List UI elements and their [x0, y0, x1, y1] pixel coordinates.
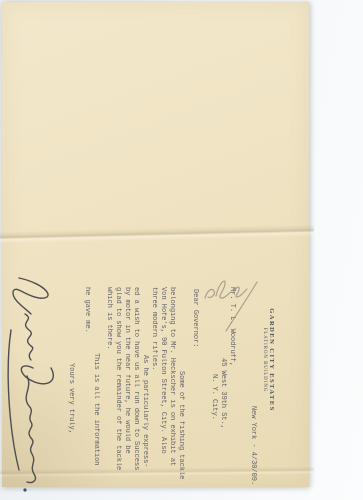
complimentary-closing: Yours very truly,: [66, 232, 75, 488]
body-line: This is all the information: [91, 287, 100, 486]
body-line: which is there.: [104, 287, 113, 486]
addressee-name: Mr. T. L. Woodruff,: [227, 287, 236, 488]
letter-content: GARDEN CITY ESTATES FLATIRON BUILDING Ne…: [2, 232, 309, 488]
body-line: belonging to Mr. Heckscher is on exhibit…: [167, 287, 176, 486]
date-line: New York - 4/30/09.: [248, 232, 257, 488]
body-line: ed a wish to have us all run down to Suc…: [131, 287, 140, 486]
letterhead: GARDEN CITY ESTATES FLATIRON BUILDING: [262, 232, 309, 488]
body-line: three modern rifles.: [149, 287, 158, 486]
inside-address: Mr. T. L. Woodruff, 45 West 39th St., N.…: [209, 232, 236, 488]
addressee-city: N. Y. City.: [209, 287, 218, 488]
handwritten-signature: [3, 270, 65, 500]
addressee-street: 45 West 39th St.,: [218, 287, 227, 488]
body-line: As he particularly express-: [140, 287, 149, 486]
letterhead-company-name: GARDEN CITY ESTATES: [268, 232, 275, 488]
letterhead-building: FLATIRON BUILDING: [262, 232, 267, 488]
body-line: he gave me.: [82, 287, 91, 486]
scanned-letter-page: GARDEN CITY ESTATES FLATIRON BUILDING Ne…: [0, 0, 363, 500]
body-line: Von Hofe's, 90 Fulton Street, City. Also: [158, 287, 167, 486]
salutation: Dear Governor:: [190, 232, 199, 488]
letter-body: Some of the fishing tackle belonging to …: [82, 232, 185, 488]
letter-paper: GARDEN CITY ESTATES FLATIRON BUILDING Ne…: [2, 2, 309, 487]
body-line: glad to show you the remainder of the ta…: [113, 287, 122, 486]
body-line: by motor in the near future, he would be: [122, 287, 131, 486]
body-line: Some of the fishing tackle: [176, 287, 185, 486]
